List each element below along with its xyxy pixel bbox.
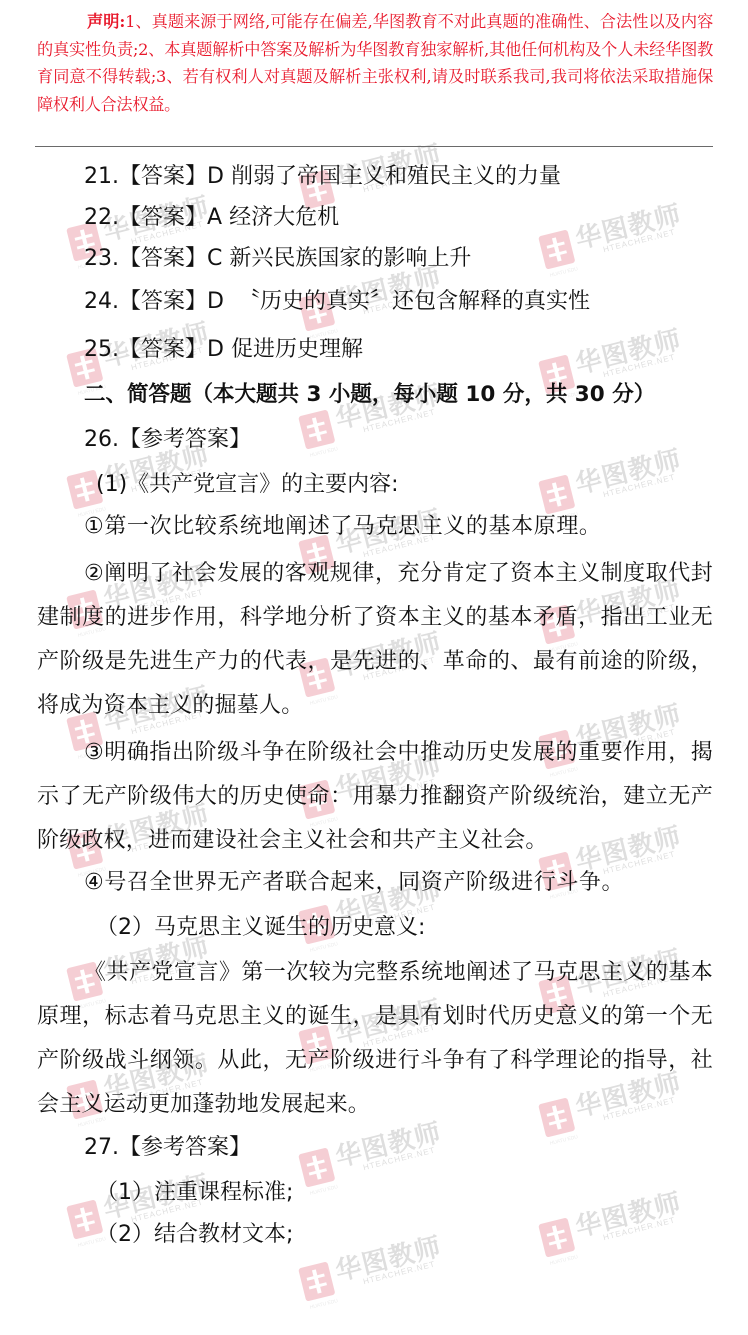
- answer-tag: 【答案】: [119, 205, 207, 230]
- disclaimer-text: 1、真题来源于网络,可能存在偏差,华图教育不对此真题的准确性、合法性以及内容的真…: [37, 12, 713, 114]
- answer-text: 经济大危机: [229, 205, 339, 230]
- q26-point3: ③明确指出阶级斗争在阶级社会中推动历史发展的重要作用，揭示了无产阶级伟大的历史使…: [37, 731, 713, 863]
- q26-part2-heading: （2）马克思主义诞生的历史意义:: [96, 914, 425, 942]
- q27-item-2: （2）结合教材文本;: [96, 1221, 293, 1249]
- answer-text: 〝历史的真实〞还包含解释的真实性: [238, 289, 590, 314]
- answer-22: 22.【答案】A 经济大危机: [84, 204, 339, 232]
- q26-part1-heading: (1)《共产党宣言》的主要内容:: [96, 471, 399, 499]
- answer-23: 23.【答案】C 新兴民族国家的影响上升: [84, 245, 471, 273]
- huatu-logo-icon: [538, 1217, 575, 1257]
- answer-25: 25.【答案】D 促进历史理解: [84, 336, 363, 364]
- answer-number: 23.: [84, 246, 119, 271]
- answer-text: 新兴民族国家的影响上升: [229, 246, 471, 271]
- answer-21: 21.【答案】D 削弱了帝国主义和殖民主义的力量: [84, 163, 561, 191]
- answer-number: 21.: [84, 164, 119, 189]
- answer-number: 25.: [84, 337, 119, 362]
- watermark: 华图教师HTEACHER.NETHUATU EDU: [534, 1171, 696, 1275]
- watermark: 华图教师HTEACHER.NETHUATU EDU: [534, 183, 696, 287]
- answer-tag: 【答案】: [119, 337, 207, 362]
- huatu-logo-icon: [298, 409, 335, 449]
- answer-text: 促进历史理解: [231, 337, 363, 362]
- q26-point4: ④号召全世界无产者联合起来，同资产阶级进行斗争。: [84, 869, 624, 897]
- huatu-logo-icon: [538, 229, 575, 269]
- answer-choice: D: [207, 337, 224, 362]
- q26-point2: ②阐明了社会发展的客观规律，充分肯定了资本主义制度取代封建制度的进步作用，科学地…: [37, 552, 713, 728]
- answer-24: 24.【答案】D 〝历史的真实〞还包含解释的真实性: [84, 288, 590, 316]
- answer-choice: C: [207, 246, 222, 271]
- q26-part2-text: 《共产党宣言》第一次较为完整系统地阐述了马克思主义的基本原理，标志着马克思主义的…: [37, 951, 713, 1127]
- huatu-logo-icon: [538, 474, 575, 514]
- watermark: 华图教师HTEACHER.NETHUATU EDU: [294, 363, 456, 467]
- answer-number: 24.: [84, 289, 119, 314]
- disclaimer-label: 声明:: [87, 12, 125, 31]
- answer-choice: D: [207, 164, 224, 189]
- disclaimer: 声明:1、真题来源于网络,可能存在偏差,华图教育不对此真题的准确性、合法性以及内…: [37, 8, 713, 118]
- huatu-logo-icon: [298, 1147, 335, 1187]
- header-divider: [35, 146, 713, 147]
- q26-title: 26.【参考答案】: [84, 426, 251, 454]
- answer-tag: 【答案】: [119, 246, 207, 271]
- answer-choice: A: [207, 205, 222, 230]
- answer-tag: 【答案】: [119, 164, 207, 189]
- q27-title: 27.【参考答案】: [84, 1134, 251, 1162]
- answer-tag: 【答案】: [119, 289, 207, 314]
- watermark: 华图教师HTEACHER.NETHUATU EDU: [294, 1215, 456, 1319]
- answer-number: 22.: [84, 205, 119, 230]
- q26-point1: ①第一次比较系统地阐述了马克思主义的基本原理。: [84, 513, 602, 541]
- section-heading: 二、简答题（本大题共 3 小题，每小题 10 分，共 30 分）: [84, 381, 655, 409]
- answer-choice: D: [207, 289, 224, 314]
- answer-text: 削弱了帝国主义和殖民主义的力量: [231, 164, 561, 189]
- q27-item-1: （1）注重课程标准;: [96, 1179, 293, 1207]
- huatu-logo-icon: [298, 1261, 335, 1301]
